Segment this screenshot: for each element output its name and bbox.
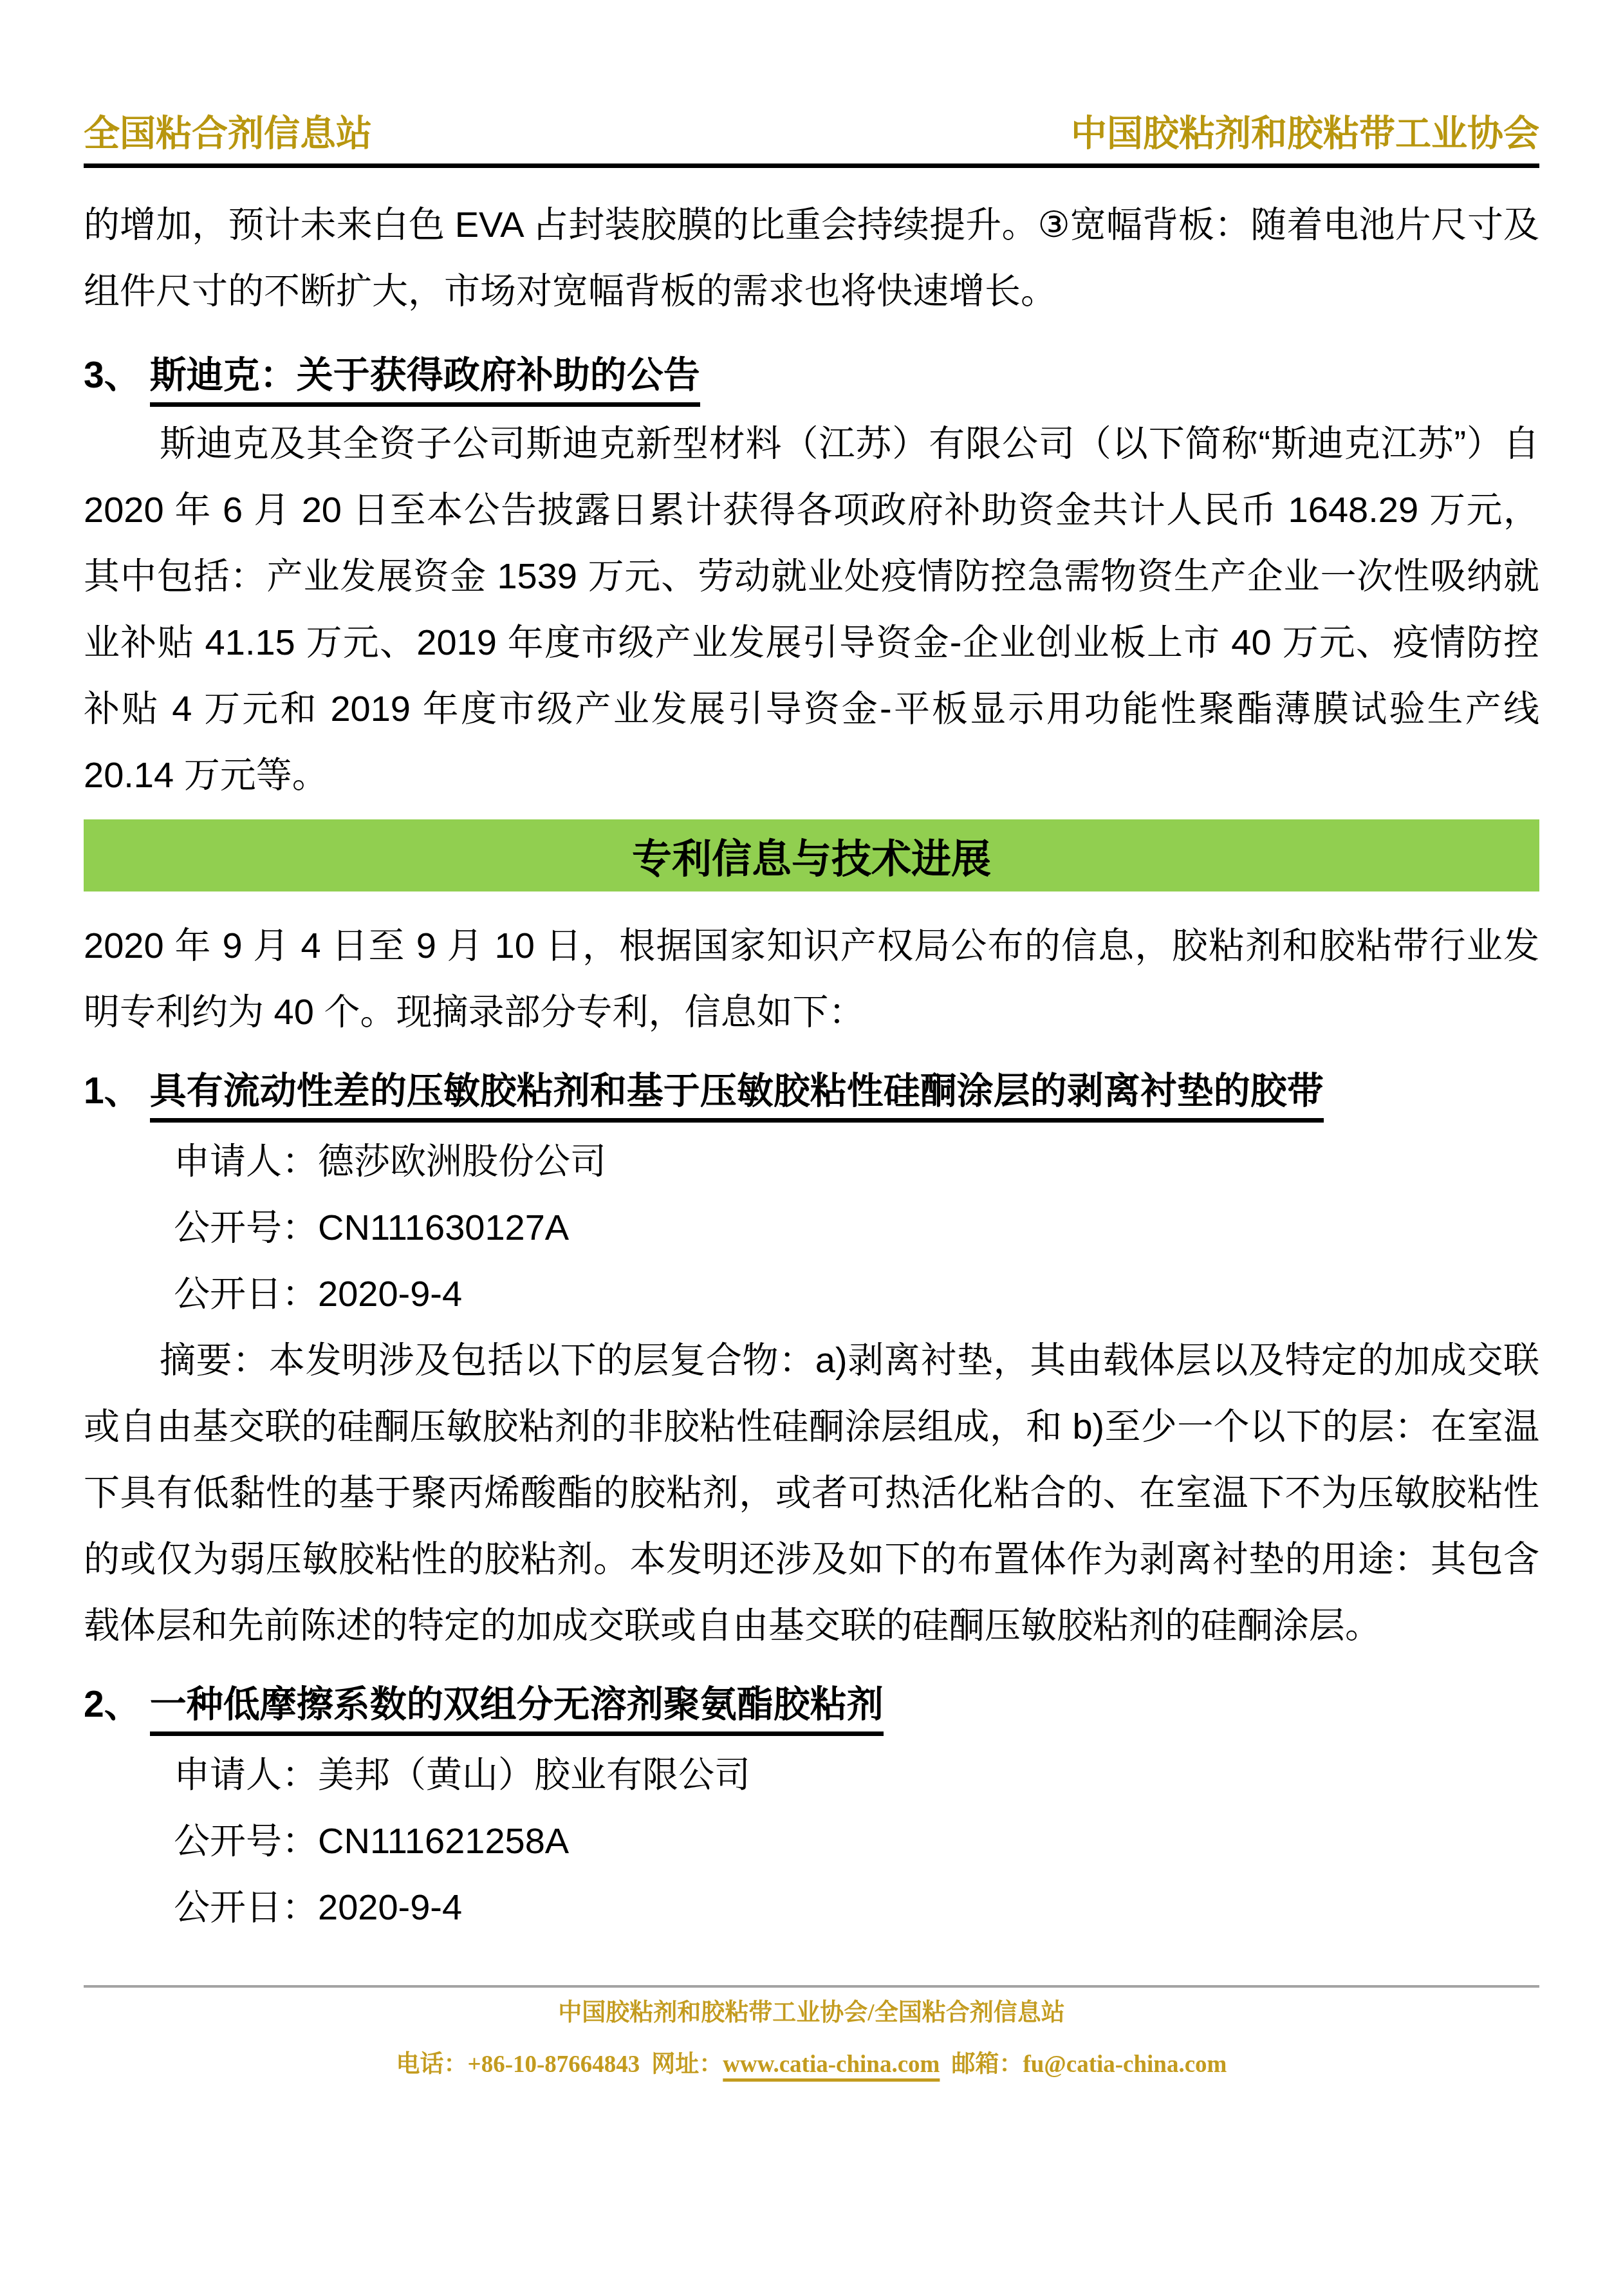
phone-label: 电话：	[396, 2051, 468, 2078]
section-3-heading: 3、斯迪克：关于获得政府补助的公告	[84, 351, 1539, 400]
abstract-text: 本发明涉及包括以下的层复合物：a)剥离衬垫，其由载体层以及特定的加成交联或自由基…	[84, 1339, 1539, 1645]
pub-no-value: CN111621258A	[318, 1820, 569, 1861]
patent-2-number: 2、	[84, 1684, 141, 1725]
pub-date-value: 2020-9-4	[318, 1273, 462, 1314]
patent-1-pub-date-line: 公开日：2020-9-4	[84, 1260, 1539, 1327]
patent-1-abstract: 摘要：本发明涉及包括以下的层复合物：a)剥离衬垫，其由载体层以及特定的加成交联或…	[84, 1327, 1539, 1658]
patent-2-heading: 2、一种低摩擦系数的双组分无溶剂聚氨酯胶粘剂	[84, 1681, 1539, 1729]
footer-org-line: 中国胶粘剂和胶粘带工业协会/全国粘合剂信息站	[84, 1994, 1539, 2033]
pub-no-label: 公开号：	[174, 1207, 318, 1247]
patent-2-title: 一种低摩擦系数的双组分无溶剂聚氨酯胶粘剂	[150, 1684, 884, 1736]
section-3-title: 斯迪克：关于获得政府补助的公告	[150, 355, 700, 407]
patent-2-pub-no-line: 公开号：CN111621258A	[84, 1807, 1539, 1874]
phone-number: +86-10-87664843	[468, 2051, 640, 2078]
document-page: 全国粘合剂信息站 中国胶粘剂和胶粘带工业协会 的增加，预计未来白色 EVA 占封…	[0, 0, 1623, 2296]
applicant-label: 申请人：	[174, 1141, 318, 1181]
paragraph-backsheet: 的增加，预计未来白色 EVA 占封装胶膜的比重会持续提升。③宽幅背板：随着电池片…	[84, 191, 1539, 324]
patent-section-banner-title: 专利信息与技术进展	[632, 827, 991, 884]
patent-2-pub-date-line: 公开日：2020-9-4	[84, 1874, 1539, 1940]
website-label: 网址：	[651, 2051, 723, 2078]
paragraph-subsidy: 斯迪克及其全资子公司斯迪克新型材料（江苏）有限公司（以下简称“斯迪克江苏”）自 …	[84, 410, 1539, 808]
page-header: 全国粘合剂信息站 中国胶粘剂和胶粘带工业协会	[84, 0, 1539, 168]
pub-no-label: 公开号：	[174, 1820, 318, 1861]
header-site-name: 全国粘合剂信息站	[84, 111, 372, 156]
patent-2-details: 申请人：美邦（黄山）胶业有限公司 公开号：CN111621258A 公开日：20…	[84, 1741, 1539, 1940]
patent-2-applicant-line: 申请人：美邦（黄山）胶业有限公司	[84, 1741, 1539, 1807]
website-link[interactable]: www.catia-china.com	[723, 2051, 940, 2078]
abstract-label: 摘要：	[160, 1339, 269, 1380]
applicant-value: 美邦（黄山）胶业有限公司	[318, 1754, 750, 1795]
pub-date-label: 公开日：	[174, 1273, 318, 1314]
pub-no-value: CN111630127A	[318, 1207, 569, 1247]
email-address: fu@catia-china.com	[1023, 2051, 1227, 2078]
patent-1-heading: 1、具有流动性差的压敏胶粘剂和基于压敏胶粘性硅酮涂层的剥离衬垫的胶带	[84, 1067, 1539, 1115]
footer-divider	[84, 1985, 1539, 1988]
applicant-label: 申请人：	[174, 1754, 318, 1795]
header-association-name: 中国胶粘剂和胶粘带工业协会	[1071, 111, 1539, 156]
footer-contact-line: 电话：+86-10-87664843网址：www.catia-china.com…	[84, 2046, 1539, 2084]
pub-date-value: 2020-9-4	[318, 1887, 462, 1927]
email-label: 邮箱：	[951, 2051, 1023, 2078]
patent-1-number: 1、	[84, 1070, 141, 1112]
patent-section-banner: 专利信息与技术进展	[84, 819, 1539, 891]
patent-1-pub-no-line: 公开号：CN111630127A	[84, 1194, 1539, 1260]
section-3-number: 3、	[84, 355, 141, 396]
paragraph-patent-intro: 2020 年 9 月 4 日至 9 月 10 日，根据国家知识产权局公布的信息，…	[84, 912, 1539, 1045]
patent-1-title: 具有流动性差的压敏胶粘剂和基于压敏胶粘性硅酮涂层的剥离衬垫的胶带	[150, 1070, 1324, 1123]
patent-1-applicant-line: 申请人：德莎欧洲股份公司	[84, 1128, 1539, 1194]
patent-1-details: 申请人：德莎欧洲股份公司 公开号：CN111630127A 公开日：2020-9…	[84, 1128, 1539, 1327]
pub-date-label: 公开日：	[174, 1887, 318, 1927]
applicant-value: 德莎欧洲股份公司	[318, 1141, 606, 1181]
